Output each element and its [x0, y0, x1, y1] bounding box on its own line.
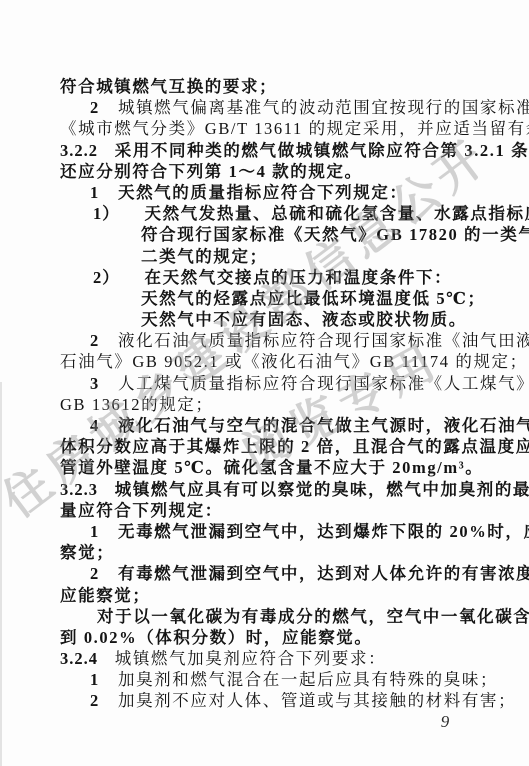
text-line: 天然气中不应有固态、液态或胶状物质。	[60, 309, 490, 330]
text-line: 1 无毒燃气泄漏到空气中，达到爆炸下限的 20%时，应能	[60, 521, 490, 542]
line-marker: 3.2.2	[60, 141, 98, 160]
line-marker: 2）	[93, 268, 120, 287]
text-line: 2 加臭剂不应对人体、管道或与其接触的材料有害；	[60, 690, 490, 711]
text-line: 符合现行国家标准《天然气》GB 17820 的一类气或	[60, 224, 490, 245]
line-text: 体积分数应高于其爆炸上限的 2 倍，且混合气的露点温度应低于	[60, 437, 529, 456]
line-text: 液化石油气质量指标应符合现行国家标准《油气田液化	[118, 331, 529, 350]
line-text: GB 13612的规定；	[60, 395, 214, 414]
line-text: 符合城镇燃气互换的要求；	[60, 77, 277, 96]
text-line: 察觉；	[60, 542, 490, 563]
text-line: 2 液化石油气质量指标应符合现行国家标准《油气田液化	[60, 330, 490, 351]
line-marker: 1	[90, 670, 99, 689]
line-text: 二类气的规定；	[141, 247, 268, 266]
line-text: 天然气的质量指标应符合下列规定：	[118, 183, 408, 202]
line-text: 符合现行国家标准《天然气》GB 17820 的一类气或	[141, 225, 529, 244]
line-text: 应能察觉；	[60, 586, 151, 605]
text-line: 1 天然气的质量指标应符合下列规定：	[60, 182, 490, 203]
line-text: 天然气中不应有固态、液态或胶状物质。	[141, 310, 467, 329]
text-line: 2） 在天然气交接点的压力和温度条件下：	[60, 267, 490, 288]
text-line: 二类气的规定；	[60, 246, 490, 267]
line-text: 《城市燃气分类》GB/T 13611 的规定采用，并应适当留有余地。	[60, 119, 529, 138]
document-content: 符合城镇燃气互换的要求； 2 城镇燃气偏离基准气的波动范围宜按现行的国家标准 《…	[60, 76, 490, 712]
line-marker: 1	[90, 183, 99, 202]
line-text: 城镇燃气偏离基准气的波动范围宜按现行的国家标准	[118, 98, 529, 117]
text-line: 3.2.3 城镇燃气应具有可以察觉的臭味，燃气中加臭剂的最小	[60, 479, 490, 500]
text-line: 到 0.02%（体积分数）时，应能察觉。	[60, 627, 490, 648]
line-text: 城镇燃气应具有可以察觉的臭味，燃气中加臭剂的最小	[115, 480, 529, 499]
text-line: 符合城镇燃气互换的要求；	[60, 76, 490, 97]
line-marker: 3.2.3	[60, 480, 98, 499]
text-line: 石油气》GB 9052.1 或《液化石油气》GB 11174 的规定；	[60, 351, 490, 372]
line-text: 在天然气交接点的压力和温度条件下：	[144, 268, 452, 287]
line-text: 天然气的烃露点应比最低环境温度低 5℃；	[141, 289, 486, 308]
text-line: 3.2.2 采用不同种类的燃气做城镇燃气除应符合第 3.2.1 条外，	[60, 140, 490, 161]
line-marker: 1	[90, 522, 99, 541]
line-text: 天然气发热量、总硫和硫化氢含量、水露点指标应	[144, 204, 529, 223]
text-line: 1） 天然气发热量、总硫和硫化氢含量、水露点指标应	[60, 203, 490, 224]
line-text: 城镇燃气加臭剂应符合下列要求：	[115, 649, 387, 668]
text-line: 3.2.4 城镇燃气加臭剂应符合下列要求：	[60, 648, 490, 669]
page-number: 9	[430, 712, 460, 732]
text-line: 《城市燃气分类》GB/T 13611 的规定采用，并应适当留有余地。	[60, 118, 490, 139]
line-text: 察觉；	[60, 543, 114, 562]
scan-edge-artifact	[0, 382, 2, 766]
line-text: 还应分别符合下列第 1～4 款的规定。	[60, 162, 363, 181]
text-line: 管道外壁温度 5℃。硫化氢含量不应大于 20mg/m³。	[60, 457, 490, 478]
text-line: 3 人工煤气质量指标应符合现行国家标准《人工煤气》	[60, 373, 490, 394]
line-text: 加臭剂和燃气混合在一起后应具有特殊的臭味；	[118, 670, 498, 689]
line-marker: 1）	[93, 204, 120, 223]
text-line: 还应分别符合下列第 1～4 款的规定。	[60, 161, 490, 182]
line-text: 量应符合下列规定：	[60, 501, 223, 520]
line-text: 采用不同种类的燃气做城镇燃气除应符合第 3.2.1 条外，	[115, 141, 529, 160]
text-line: 量应符合下列规定：	[60, 500, 490, 521]
line-text: 加臭剂不应对人体、管道或与其接触的材料有害；	[118, 691, 516, 710]
line-text: 人工煤气质量指标应符合现行国家标准《人工煤气》	[118, 374, 529, 393]
text-line: 1 加臭剂和燃气混合在一起后应具有特殊的臭味；	[60, 669, 490, 690]
line-marker: 4	[90, 416, 99, 435]
text-line: 2 有毒燃气泄漏到空气中，达到对人体允许的有害浓度时，	[60, 563, 490, 584]
line-text: 有毒燃气泄漏到空气中，达到对人体允许的有害浓度时，	[118, 564, 529, 583]
line-text: 无毒燃气泄漏到空气中，达到爆炸下限的 20%时，应能	[118, 522, 529, 541]
line-marker: 3.2.4	[60, 649, 98, 668]
text-line: 体积分数应高于其爆炸上限的 2 倍，且混合气的露点温度应低于	[60, 436, 490, 457]
line-marker: 2	[90, 691, 99, 710]
line-marker: 2	[90, 331, 99, 350]
line-marker: 3	[90, 374, 99, 393]
line-marker: 2	[90, 564, 99, 583]
line-text: 石油气》GB 9052.1 或《液化石油气》GB 11174 的规定；	[60, 352, 528, 371]
line-text: 液化石油气与空气的混合气做主气源时，液化石油气的	[118, 416, 529, 435]
text-line: 天然气的烃露点应比最低环境温度低 5℃；	[60, 288, 490, 309]
text-line: 应能察觉；	[60, 585, 490, 606]
line-marker: 2	[90, 98, 99, 117]
text-line: 4 液化石油气与空气的混合气做主气源时，液化石油气的	[60, 415, 490, 436]
line-text: 到 0.02%（体积分数）时，应能察觉。	[60, 628, 373, 647]
line-text: 对于以一氧化碳为有毒成分的燃气，空气中一氧化碳含量达	[97, 607, 529, 626]
text-line: 2 城镇燃气偏离基准气的波动范围宜按现行的国家标准	[60, 97, 490, 118]
document-page: 住房城乡建设部信息公开 阅览专用 符合城镇燃气互换的要求； 2 城镇燃气偏离基准…	[0, 0, 529, 766]
line-text: 管道外壁温度 5℃。硫化氢含量不应大于 20mg/m³。	[60, 458, 483, 477]
text-line: GB 13612的规定；	[60, 394, 490, 415]
text-line: 对于以一氧化碳为有毒成分的燃气，空气中一氧化碳含量达	[60, 606, 490, 627]
